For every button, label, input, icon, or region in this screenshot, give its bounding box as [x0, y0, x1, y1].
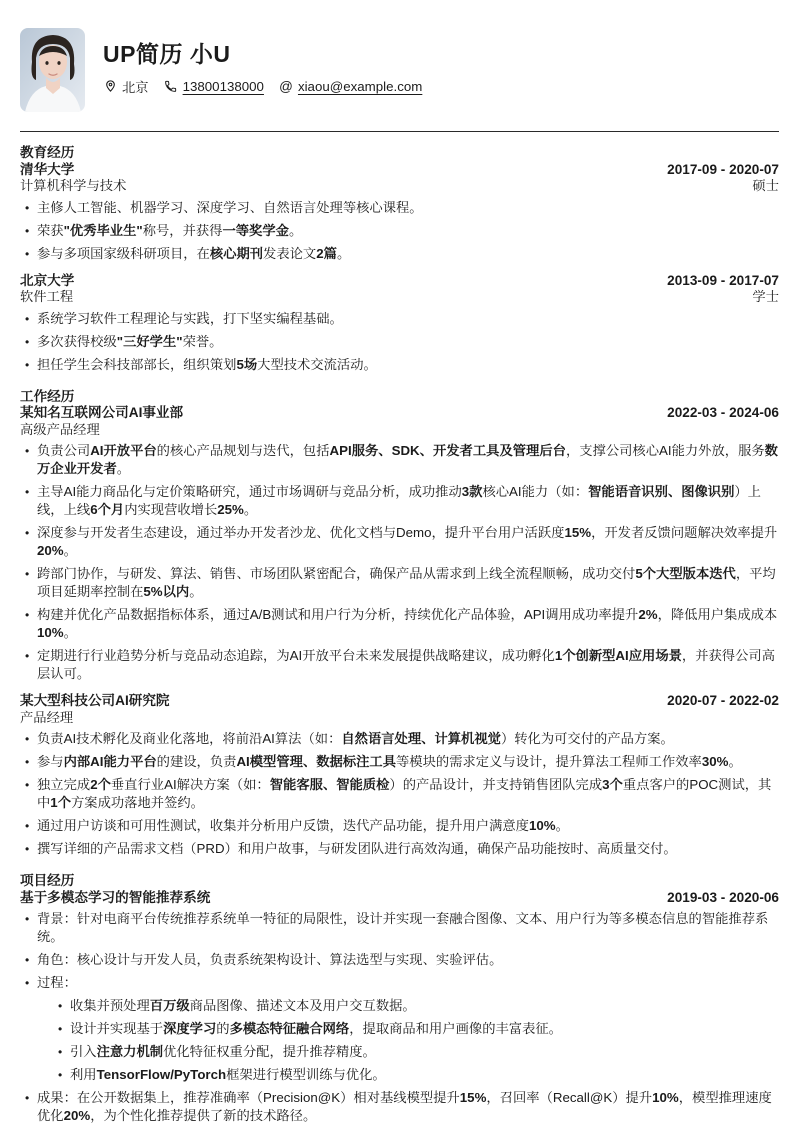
entry: 清华大学2017-09 - 2020-07计算机科学与技术硕士主修人工智能、机器…: [20, 162, 779, 263]
bullet-text: 定期进行行业趋势分析与竞品动态追踪，为AI开放平台未来发展提供战略建议，成功孵化…: [37, 648, 775, 681]
entry-title: 北京大学: [20, 273, 74, 290]
bullet-item: 撰写详细的产品需求文档（PRD）和用户故事，与研发团队进行高效沟通，确保产品功能…: [20, 840, 779, 858]
location-icon: [103, 79, 117, 93]
contact-text: 13800138000: [183, 79, 264, 94]
entry-date: 2017-09 - 2020-07: [667, 162, 779, 179]
entry-title: 某知名互联网公司AI事业部: [20, 405, 183, 422]
bullet-text: 深度参与开发者生态建设，通过举办开发者沙龙、优化文档与Demo，提升平台用户活跃…: [37, 525, 777, 558]
contact-location: 北京: [103, 77, 149, 96]
bullet-item: 负责AI技术孵化及商业化落地，将前沿AI算法（如：自然语言处理、计算机视觉）转化…: [20, 730, 779, 748]
bullet-item: 系统学习软件工程理论与实践，打下坚实编程基础。: [20, 310, 779, 328]
bullet-text: 负责公司AI开放平台的核心产品规划与迭代，包括API服务、SDK、开发者工具及管…: [37, 443, 778, 476]
bullet-text: 担任学生会科技部部长，组织策划5场大型技术交流活动。: [37, 357, 377, 372]
section-title: 项目经历: [20, 873, 779, 890]
sub-bullet-item: 设计并实现基于深度学习的多模态特征融合网络，提取商品和用户画像的丰富表征。: [54, 1020, 779, 1038]
bullet-item: 主导AI能力商品化与定价策略研究，通过市场调研与竞品分析，成功推动3款核心AI能…: [20, 483, 779, 519]
bullet-text: 引入注意力机制优化特征权重分配，提升推荐精度。: [70, 1044, 376, 1059]
bullet-list: 负责公司AI开放平台的核心产品规划与迭代，包括API服务、SDK、开发者工具及管…: [20, 442, 779, 683]
bullet-text: 多次获得校级"三好学生"荣誉。: [37, 334, 222, 349]
bullet-list: 背景：针对电商平台传统推荐系统单一特征的局限性，设计并实现一套融合图像、文本、用…: [20, 910, 779, 1125]
entry-subtitle: 计算机科学与技术: [20, 178, 126, 195]
sub-bullet-item: 收集并预处理百万级商品图像、描述文本及用户交互数据。: [54, 997, 779, 1015]
bullet-list: 系统学习软件工程理论与实践，打下坚实编程基础。多次获得校级"三好学生"荣誉。担任…: [20, 310, 779, 374]
bullet-item: 过程：收集并预处理百万级商品图像、描述文本及用户交互数据。设计并实现基于深度学习…: [20, 974, 779, 1084]
section-work: 工作经历某知名互联网公司AI事业部2022-03 - 2024-06高级产品经理…: [20, 389, 779, 859]
bullet-list: 主修人工智能、机器学习、深度学习、自然语言处理等核心课程。荣获"优秀毕业生"称号…: [20, 199, 779, 263]
bullet-item: 参与内部AI能力平台的建设，负责AI模型管理、数据标注工具等模块的需求定义与设计…: [20, 753, 779, 771]
contact-row: 北京13800138000@xiaou@example.com: [103, 77, 422, 96]
bullet-item: 深度参与开发者生态建设，通过举办开发者沙龙、优化文档与Demo，提升平台用户活跃…: [20, 524, 779, 560]
candidate-name: UP简历 小U: [103, 41, 422, 69]
entry-date: 2013-09 - 2017-07: [667, 273, 779, 290]
bullet-text: 独立完成2个垂直行业AI解决方案（如：智能客服、智能质检）的产品设计，并支持销售…: [37, 777, 771, 810]
bullet-text: 参与内部AI能力平台的建设，负责AI模型管理、数据标注工具等模块的需求定义与设计…: [37, 754, 742, 769]
bullet-text: 主导AI能力商品化与定价策略研究，通过市场调研与竞品分析，成功推动3款核心AI能…: [37, 484, 761, 517]
resume-header: UP简历 小U 北京13800138000@xiaou@example.com: [20, 28, 779, 112]
section-title: 工作经历: [20, 389, 779, 406]
contact-text: xiaou@example.com: [298, 79, 422, 94]
entry-degree: 硕士: [752, 178, 779, 195]
bullet-text: 主修人工智能、机器学习、深度学习、自然语言处理等核心课程。: [37, 200, 423, 215]
entry-date: 2020-07 - 2022-02: [667, 693, 779, 710]
bullet-item: 参与多项国家级科研项目，在核心期刊发表论文2篇。: [20, 245, 779, 263]
resume-body: 教育经历清华大学2017-09 - 2020-07计算机科学与技术硕士主修人工智…: [20, 145, 779, 1125]
entry-degree: 学士: [752, 289, 779, 306]
bullet-text: 跨部门协作，与研发、算法、销售、市场团队紧密配合，确保产品从需求到上线全流程顺畅…: [37, 566, 776, 599]
sub-bullet-item: 引入注意力机制优化特征权重分配，提升推荐精度。: [54, 1043, 779, 1061]
entry-title: 清华大学: [20, 162, 74, 179]
contact-text: 北京: [122, 77, 149, 96]
bullet-text: 负责AI技术孵化及商业化落地，将前沿AI算法（如：自然语言处理、计算机视觉）转化…: [37, 731, 674, 746]
entry: 北京大学2013-09 - 2017-07软件工程学士系统学习软件工程理论与实践…: [20, 273, 779, 374]
contact-email[interactable]: @xiaou@example.com: [279, 79, 422, 94]
phone-icon: [164, 79, 178, 93]
entry-title: 基于多模态学习的智能推荐系统: [20, 890, 210, 907]
bullet-text: 荣获"优秀毕业生"称号，并获得一等奖学金。: [37, 223, 302, 238]
email-icon: @: [279, 79, 293, 93]
header-divider: [20, 131, 779, 132]
bullet-text: 角色：核心设计与开发人员，负责系统架构设计、算法选型与实现、实验评估。: [37, 952, 502, 967]
bullet-item: 多次获得校级"三好学生"荣誉。: [20, 333, 779, 351]
bullet-item: 担任学生会科技部部长，组织策划5场大型技术交流活动。: [20, 356, 779, 374]
bullet-text: 系统学习软件工程理论与实践，打下坚实编程基础。: [37, 311, 343, 326]
bullet-text: 背景：针对电商平台传统推荐系统单一特征的局限性，设计并实现一套融合图像、文本、用…: [37, 911, 768, 944]
bullet-item: 主修人工智能、机器学习、深度学习、自然语言处理等核心课程。: [20, 199, 779, 217]
resume-page: UP简历 小U 北京13800138000@xiaou@example.com …: [0, 0, 799, 1125]
bullet-text: 成果：在公开数据集上，推荐准确率（Precision@K）相对基线模型提升15%…: [37, 1090, 772, 1123]
entry-date: 2022-03 - 2024-06: [667, 405, 779, 422]
entry-date: 2019-03 - 2020-06: [667, 890, 779, 907]
bullet-text: 参与多项国家级科研项目，在核心期刊发表论文2篇。: [37, 246, 350, 261]
bullet-item: 构建并优化产品数据指标体系，通过A/B测试和用户行为分析，持续优化产品体验，AP…: [20, 606, 779, 642]
sub-bullet-list: 收集并预处理百万级商品图像、描述文本及用户交互数据。设计并实现基于深度学习的多模…: [54, 997, 779, 1084]
bullet-item: 通过用户访谈和可用性测试，收集并分析用户反馈，迭代产品功能，提升用户满意度10%…: [20, 817, 779, 835]
bullet-text: 撰写详细的产品需求文档（PRD）和用户故事，与研发团队进行高效沟通，确保产品功能…: [37, 841, 677, 856]
bullet-item: 负责公司AI开放平台的核心产品规划与迭代，包括API服务、SDK、开发者工具及管…: [20, 442, 779, 478]
bullet-item: 定期进行行业趋势分析与竞品动态追踪，为AI开放平台未来发展提供战略建议，成功孵化…: [20, 647, 779, 683]
bullet-item: 荣获"优秀毕业生"称号，并获得一等奖学金。: [20, 222, 779, 240]
entry: 基于多模态学习的智能推荐系统2019-03 - 2020-06背景：针对电商平台…: [20, 890, 779, 1126]
contact-phone[interactable]: 13800138000: [164, 79, 264, 94]
bullet-text: 利用TensorFlow/PyTorch框架进行模型训练与优化。: [70, 1067, 386, 1082]
entry-title: 某大型科技公司AI研究院: [20, 693, 170, 710]
bullet-text: 设计并实现基于深度学习的多模态特征融合网络，提取商品和用户画像的丰富表征。: [70, 1021, 562, 1036]
section-education: 教育经历清华大学2017-09 - 2020-07计算机科学与技术硕士主修人工智…: [20, 145, 779, 374]
section-projects: 项目经历基于多模态学习的智能推荐系统2019-03 - 2020-06背景：针对…: [20, 873, 779, 1125]
entry-subtitle: 产品经理: [20, 710, 73, 727]
bullet-text: 过程：: [37, 975, 77, 990]
entry-subtitle: 软件工程: [20, 289, 73, 306]
entry-subtitle: 高级产品经理: [20, 422, 100, 439]
bullet-item: 独立完成2个垂直行业AI解决方案（如：智能客服、智能质检）的产品设计，并支持销售…: [20, 776, 779, 812]
bullet-text: 通过用户访谈和可用性测试，收集并分析用户反馈，迭代产品功能，提升用户满意度10%…: [37, 818, 569, 833]
bullet-item: 成果：在公开数据集上，推荐准确率（Precision@K）相对基线模型提升15%…: [20, 1089, 779, 1125]
bullet-text: 收集并预处理百万级商品图像、描述文本及用户交互数据。: [70, 998, 416, 1013]
bullet-item: 跨部门协作，与研发、算法、销售、市场团队紧密配合，确保产品从需求到上线全流程顺畅…: [20, 565, 779, 601]
profile-photo: [20, 28, 85, 112]
bullet-item: 背景：针对电商平台传统推荐系统单一特征的局限性，设计并实现一套融合图像、文本、用…: [20, 910, 779, 946]
bullet-text: 构建并优化产品数据指标体系，通过A/B测试和用户行为分析，持续优化产品体验，AP…: [37, 607, 777, 640]
sub-bullet-item: 利用TensorFlow/PyTorch框架进行模型训练与优化。: [54, 1066, 779, 1084]
entry: 某大型科技公司AI研究院2020-07 - 2022-02产品经理负责AI技术孵…: [20, 693, 779, 858]
header-text-block: UP简历 小U 北京13800138000@xiaou@example.com: [103, 28, 422, 96]
entry: 某知名互联网公司AI事业部2022-03 - 2024-06高级产品经理负责公司…: [20, 405, 779, 683]
bullet-list: 负责AI技术孵化及商业化落地，将前沿AI算法（如：自然语言处理、计算机视觉）转化…: [20, 730, 779, 858]
bullet-item: 角色：核心设计与开发人员，负责系统架构设计、算法选型与实现、实验评估。: [20, 951, 779, 969]
section-title: 教育经历: [20, 145, 779, 162]
